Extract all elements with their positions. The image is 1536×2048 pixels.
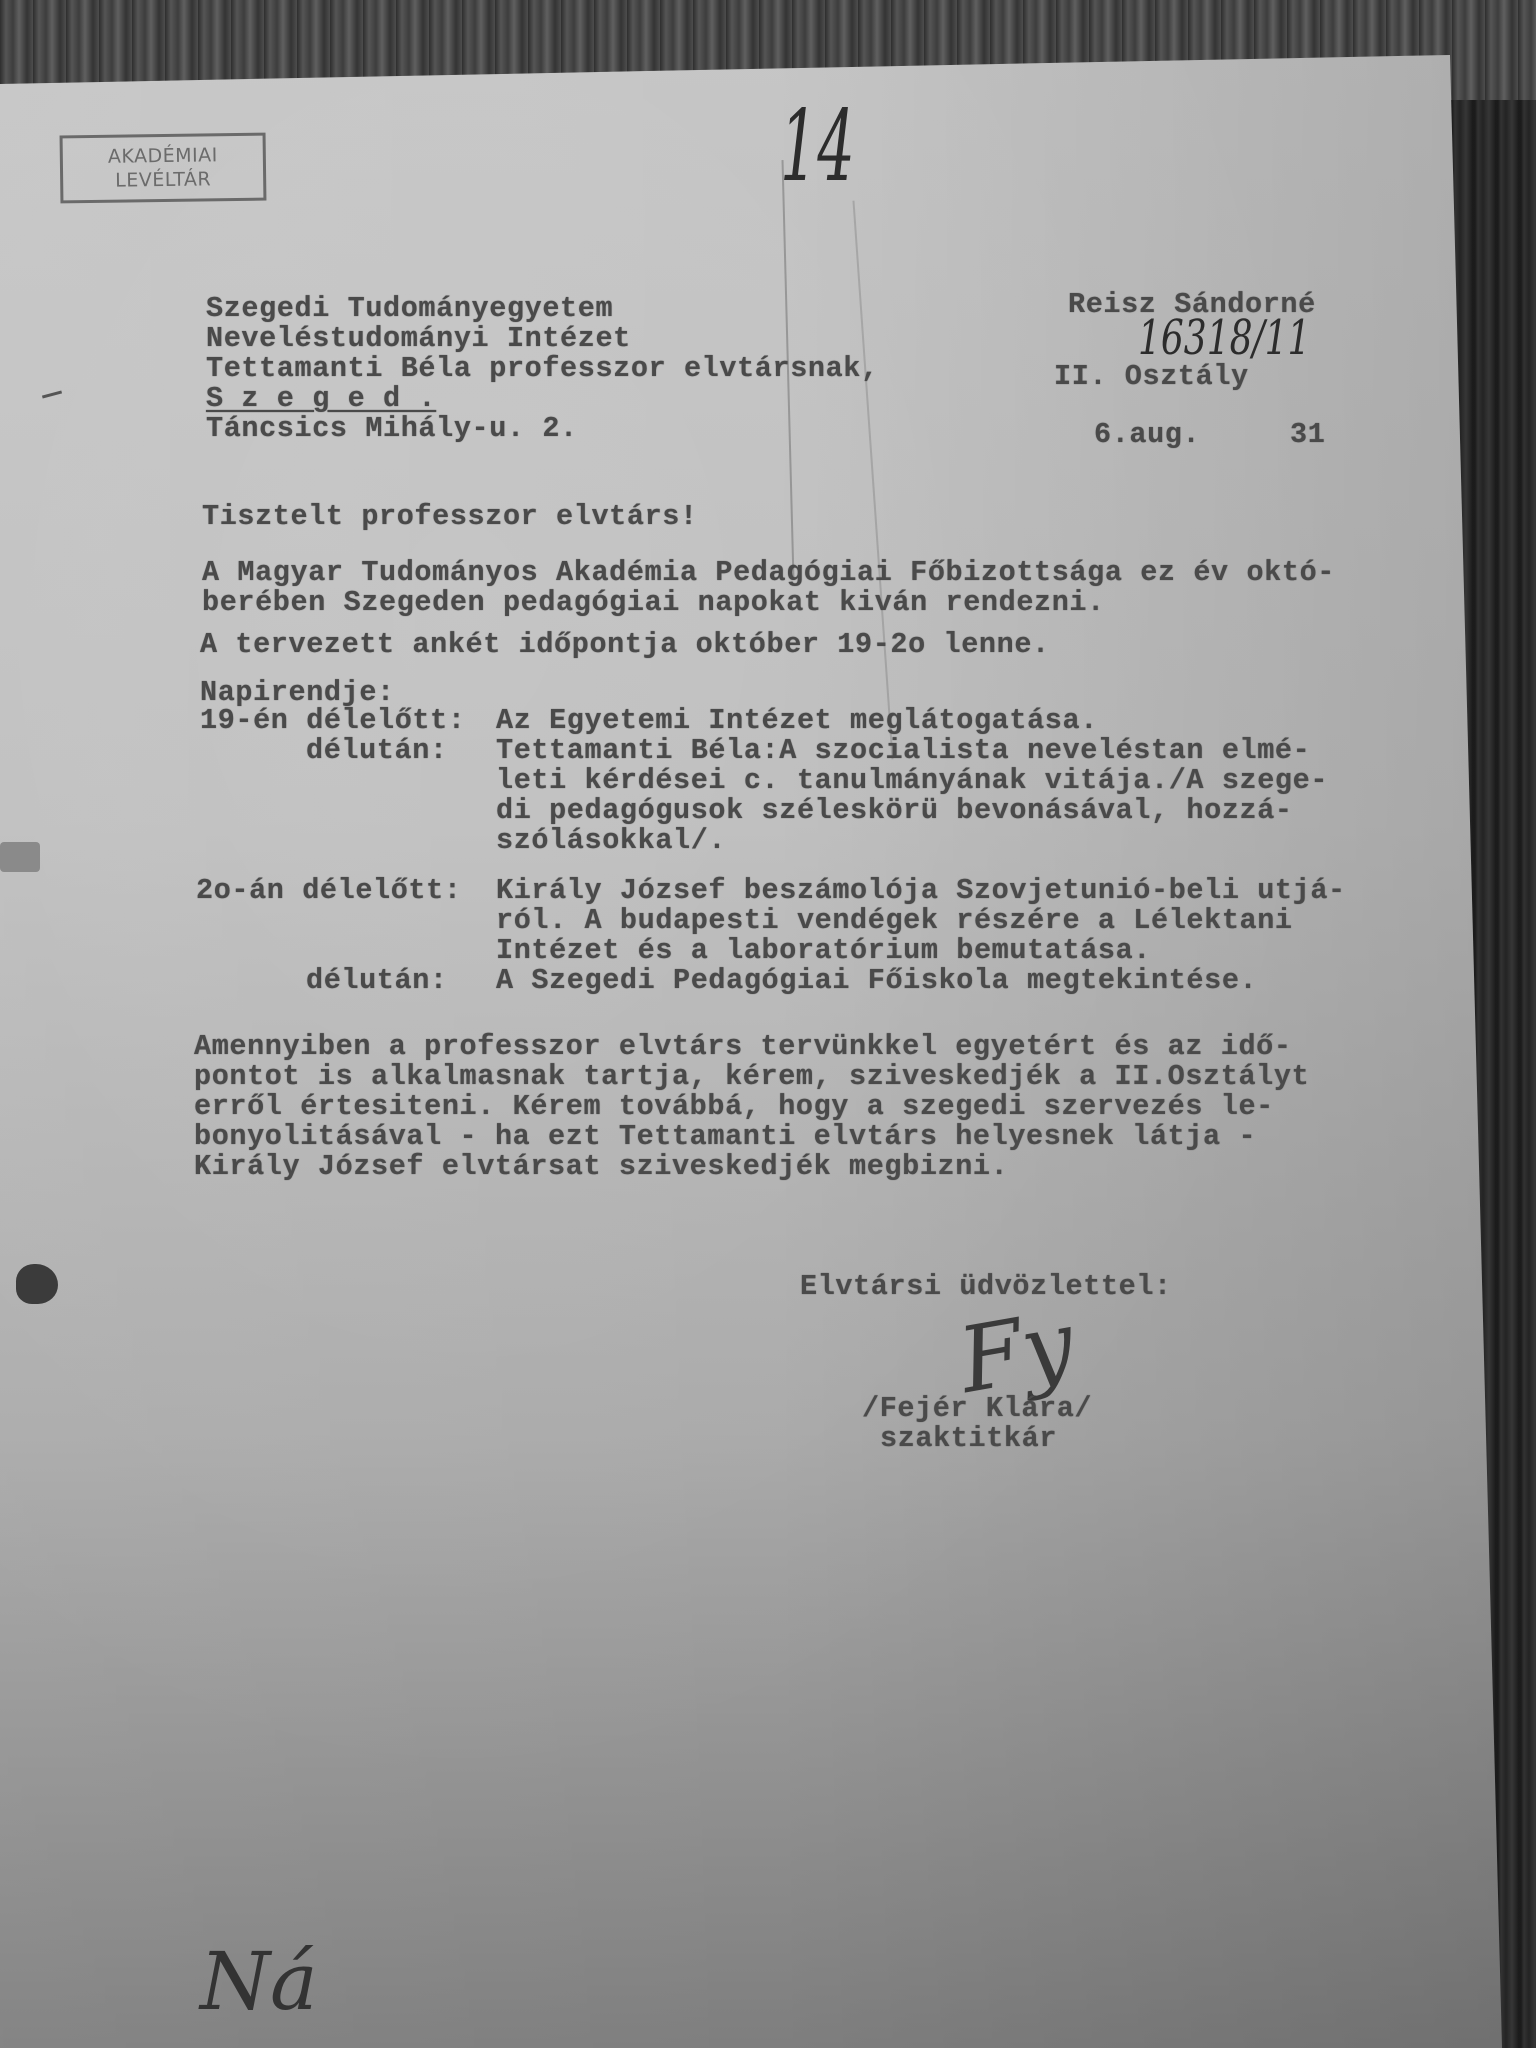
sender-department: II. Osztály	[1054, 360, 1249, 393]
agenda-text: Király József beszámolója Szovjetunió-be…	[496, 874, 1346, 907]
recipient-line-1: Szegedi Tudományegyetem	[206, 292, 613, 325]
agenda-text: szólásokkal/.	[496, 824, 726, 857]
agenda-text: ról. A budapesti vendégek részére a Léle…	[496, 904, 1293, 937]
paragraph-3-line-5: Király József elvtársat sziveskedjék meg…	[194, 1150, 1008, 1183]
agenda-text: Intézet és a laboratórium bemutatása.	[496, 934, 1151, 967]
agenda-label-20-afternoon: délután:	[306, 964, 448, 997]
recipient-line-3: Tettamanti Béla professzor elvtársnak,	[206, 352, 879, 385]
handwritten-note: Ná	[200, 1935, 318, 2028]
handwritten-page-number: 14	[780, 90, 855, 204]
recipient-line-2: Neveléstudományi Intézet	[206, 322, 631, 355]
stamp-line-2: LEVÉLTÁR	[63, 167, 263, 194]
agenda-text: leti kérdései c. tanulmányának vitája./A…	[496, 764, 1328, 797]
paragraph-3-line-2: pontot is alkalmasnak tartja, kérem, szi…	[194, 1060, 1309, 1093]
agenda-text: Az Egyetemi Intézet meglátogatása.	[496, 704, 1098, 737]
staple-hole	[0, 842, 40, 872]
paragraph-3-line-3: erről értesiteni. Kérem továbbá, hogy a …	[194, 1090, 1274, 1123]
signatory-name: /Fejér Klára/	[862, 1392, 1092, 1425]
salutation: Tisztelt professzor elvtárs!	[202, 500, 698, 533]
letter-date-day: 31	[1290, 418, 1325, 451]
signatory-title: szaktitkár	[880, 1422, 1057, 1455]
agenda-text: Tettamanti Béla:A szocialista neveléstan…	[496, 734, 1310, 767]
agenda-text: di pedagógusok széleskörü bevonásával, h…	[496, 794, 1293, 827]
recipient-city: S z e g e d .	[206, 382, 436, 415]
recipient-address: Táncsics Mihály-u. 2.	[206, 412, 578, 445]
agenda-text: A Szegedi Pedagógiai Főiskola megtekinté…	[496, 964, 1257, 997]
agenda-label-19-afternoon: délután:	[306, 734, 448, 767]
paragraph-2: A tervezett ankét időpontja október 19-2…	[200, 628, 1050, 661]
closing: Elvtársi üdvözlettel:	[800, 1270, 1172, 1303]
paragraph-3-line-4: bonyolitásával - ha ezt Tettamanti elvtá…	[194, 1120, 1256, 1153]
letter-date: 6.aug.	[1094, 418, 1200, 451]
punch-hole	[16, 1264, 58, 1304]
agenda-label-20-morning: 2o-án délelőtt:	[196, 874, 462, 907]
paragraph-1-line-2: berében Szegeden pedagógiai napokat kivá…	[202, 586, 1105, 619]
paper-crease	[852, 201, 893, 760]
stamp-line-1: AKADÉMIAI	[63, 143, 263, 170]
paragraph-3-line-1: Amennyiben a professzor elvtárs tervünkk…	[194, 1030, 1292, 1063]
archive-stamp: AKADÉMIAI LEVÉLTÁR	[60, 133, 267, 204]
paragraph-1-line-1: A Magyar Tudományos Akadémia Pedagógiai …	[202, 556, 1335, 589]
handwritten-reference-number: 16318/11	[1138, 310, 1310, 366]
agenda-label-19-morning: 19-én délelőtt:	[200, 704, 466, 737]
